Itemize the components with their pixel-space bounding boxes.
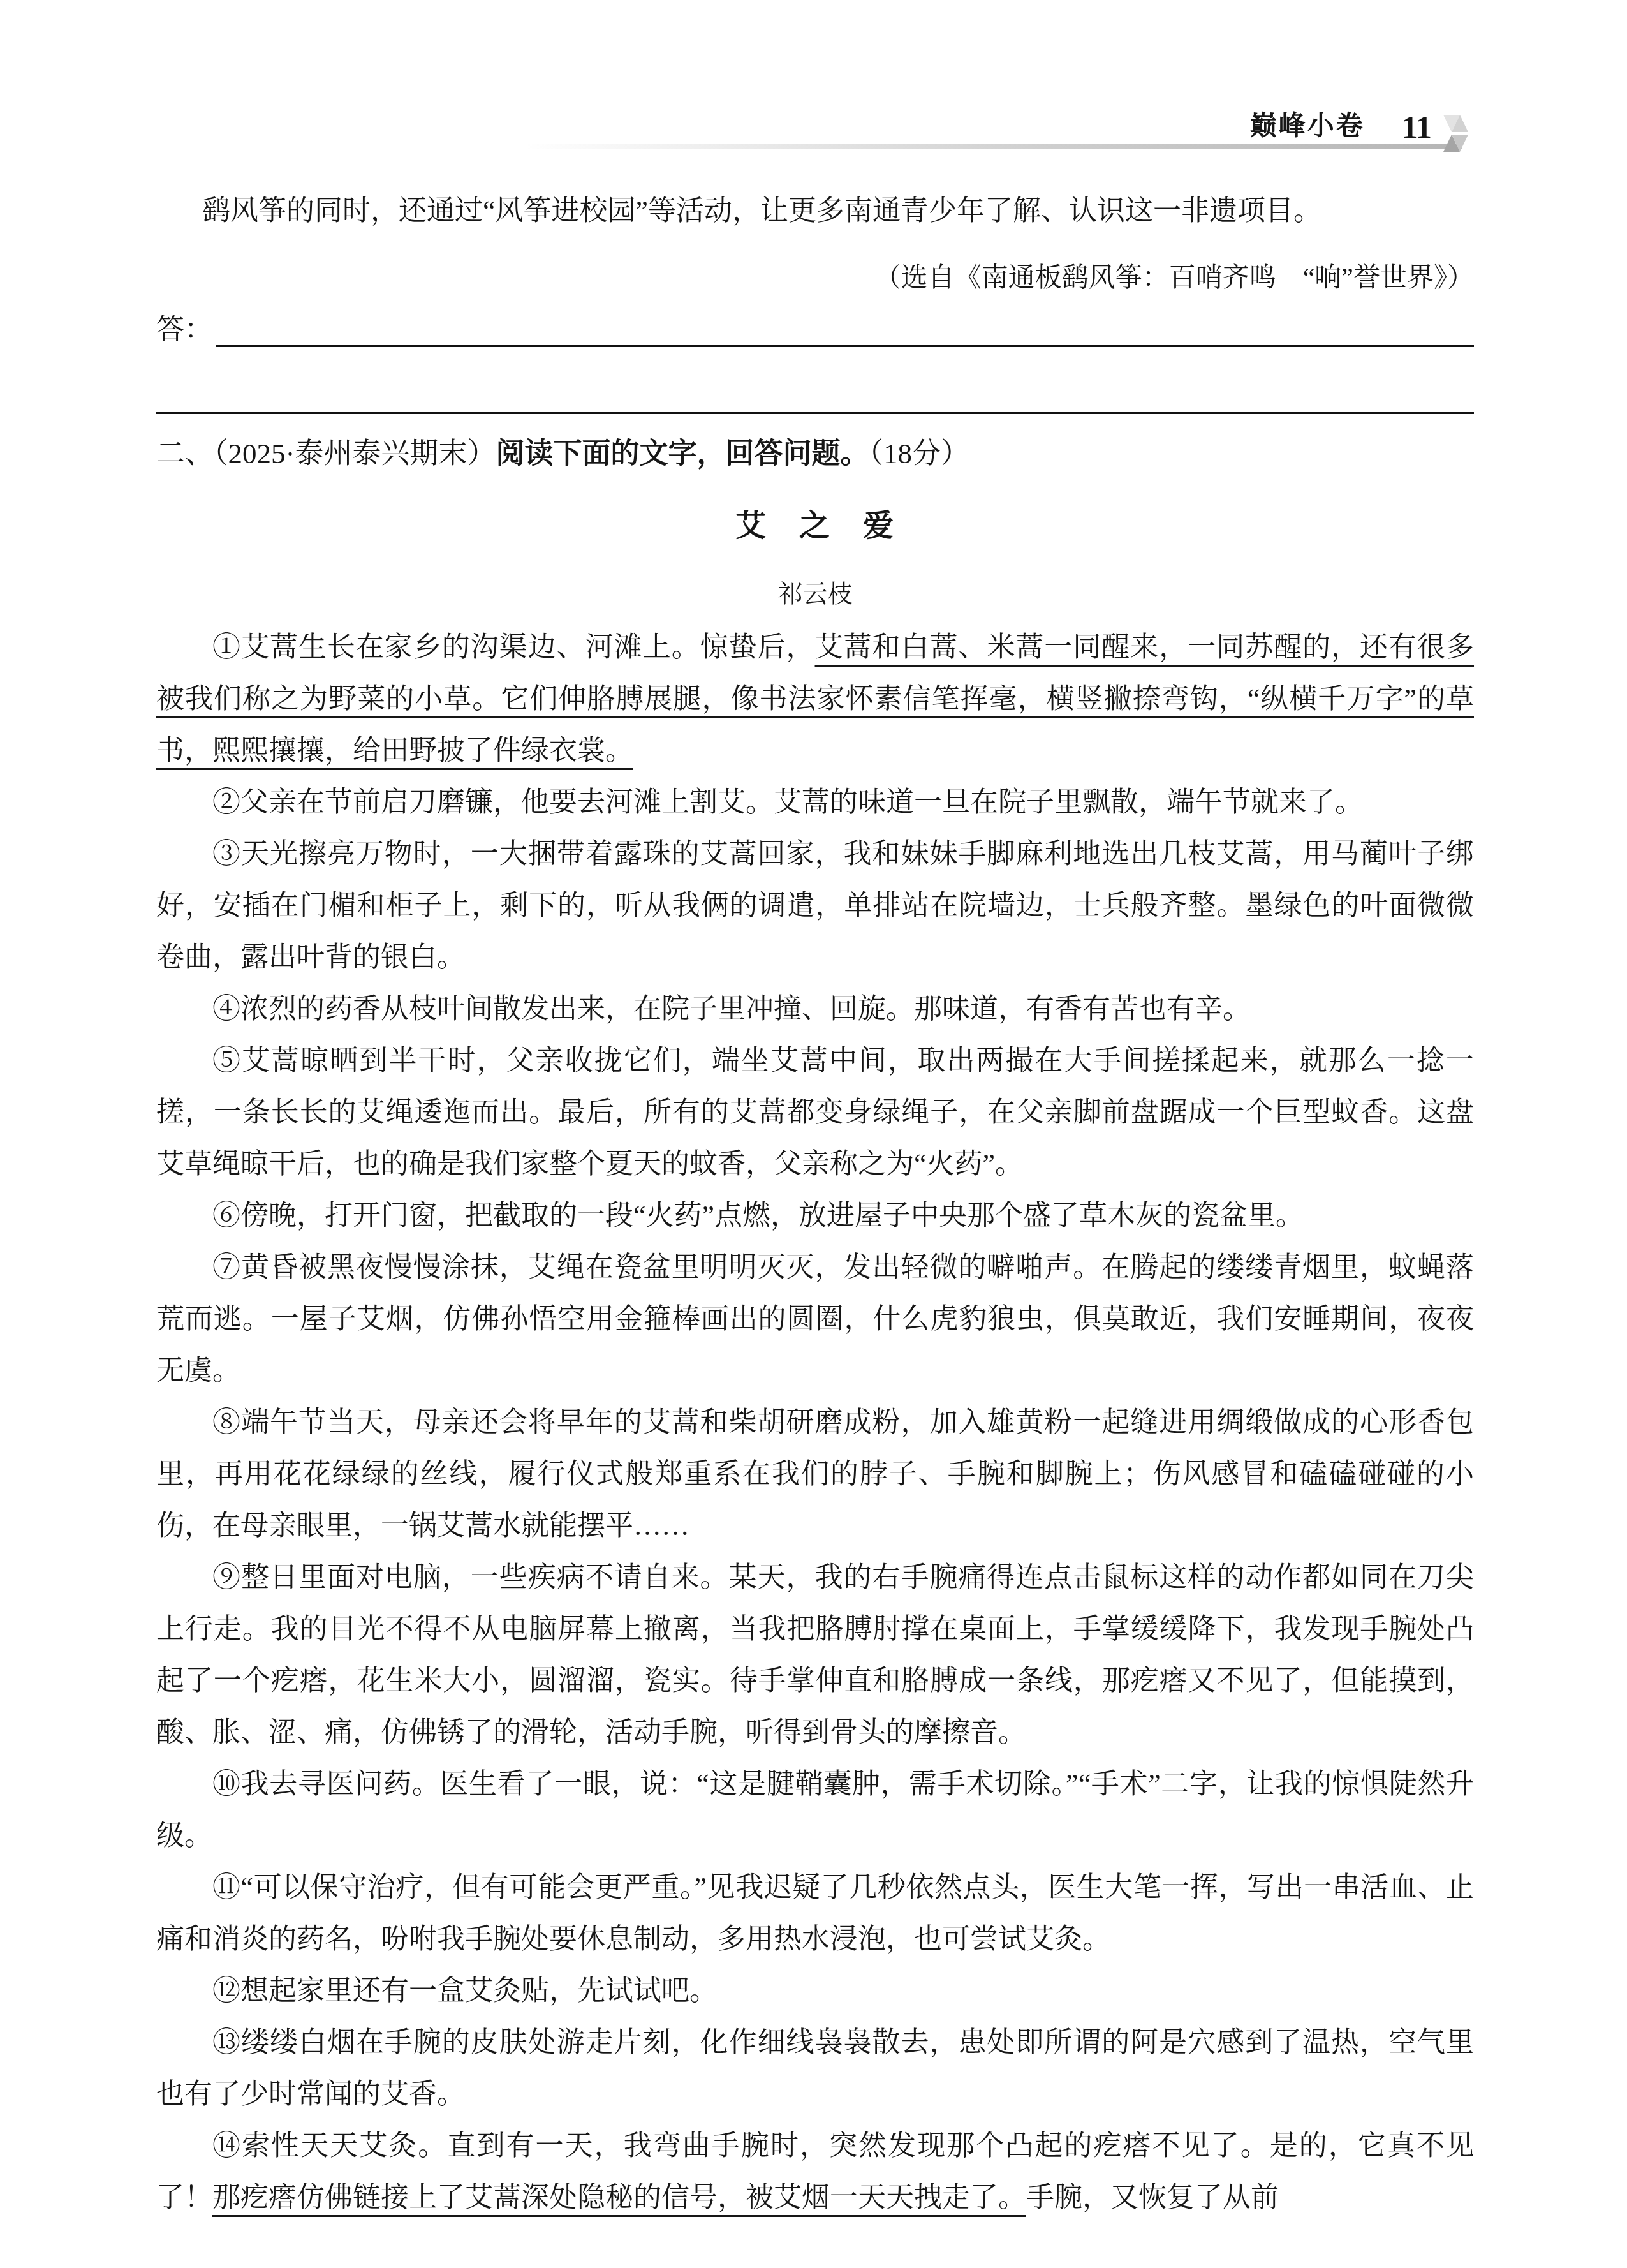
article-paragraph: ⑦黄昏被黑夜慢慢涂抹，艾绳在瓷盆里明明灭灭，发出轻微的噼啪声。在腾起的缕缕青烟里… <box>156 1241 1474 1397</box>
article-paragraph: ②父亲在节前启刀磨镰，他要去河滩上割艾。艾蒿的味道一旦在院子里飘散，端午节就来了… <box>156 776 1474 828</box>
booklet-title: 巅峰小卷 <box>1250 105 1365 143</box>
article-body: ①艾蒿生长在家乡的沟渠边、河滩上。惊蛰后，艾蒿和白蒿、米蒿一同醒来，一同苏醒的，… <box>156 621 1474 2223</box>
passage-text: ④浓烈的药香从枝叶间散发出来，在院子里冲撞、回旋。那味道，有香有苦也有辛。 <box>212 993 1251 1025</box>
section-numbering: 二、 <box>156 438 214 470</box>
passage-source: （选自《南通板鹞风筝：百哨齐鸣 “响”誉世界》） <box>156 256 1474 295</box>
page-number: 11 <box>1402 108 1432 145</box>
passage-text: ⑦黄昏被黑夜慢慢涂抹，艾绳在瓷盆里明明灭灭，发出轻微的噼啪声。在腾起的缕缕青烟里… <box>156 1252 1474 1386</box>
passage-text: ②父亲在节前启刀磨镰，他要去河滩上割艾。艾蒿的味道一旦在院子里飘散，端午节就来了… <box>212 787 1363 818</box>
answer-row: 答： <box>156 313 1474 347</box>
article-paragraph: ⑬缕缕白烟在手腕的皮肤处游走片刻，化作细线袅袅散去，患处即所谓的阿是穴感到了温热… <box>156 2017 1474 2120</box>
passage-text: ⑪“可以保守治疗，但有可能会更严重。”见我迟疑了几秒依然点头，医生大笔一挥，写出… <box>156 1872 1474 1955</box>
passage-text: ⑧端午节当天，母亲还会将早年的艾蒿和柴胡研磨成粉，加入雄黄粉一起缝进用绸缎做成的… <box>156 1407 1474 1541</box>
passage-text: ⑬缕缕白烟在手腕的皮肤处游走片刻，化作细线袅袅散去，患处即所谓的阿是穴感到了温热… <box>156 2027 1474 2110</box>
page-header: 巅峰小卷 11 <box>156 0 1474 153</box>
underlined-passage: 那疙瘩仿佛链接上了艾蒿深处隐秘的信号，被艾烟一天天拽走了。 <box>212 2182 1026 2213</box>
corner-triangles-icon <box>1439 115 1474 153</box>
passage-text: ⑤艾蒿晾晒到半干时，父亲收拢它们，端坐艾蒿中间，取出两撮在大手间搓揉起来，就那么… <box>156 1045 1474 1180</box>
passage-text: ①艾蒿生长在家乡的沟渠边、河滩上。惊蛰后， <box>212 632 815 663</box>
article-paragraph: ⑥傍晚，打开门窗，把截取的一段“火药”点燃，放进屋子中央那个盛了草木灰的瓷盆里。 <box>156 1190 1474 1241</box>
header-title-row: 巅峰小卷 11 <box>1250 105 1474 153</box>
answer-blank-line-2[interactable] <box>156 412 1474 414</box>
passage-text: ⑩我去寻医问药。医生看了一眼，说：“这是腱鞘囊肿，需手术切除。”“手术”二字，让… <box>156 1768 1474 1851</box>
answer-blank-line-1[interactable] <box>216 313 1474 347</box>
section-heading: 二、（2025·泰州泰兴期末）阅读下面的文字，回答问题。（18分） <box>156 436 1474 471</box>
passage-text: ③天光擦亮万物时，一大捆带着露珠的艾蒿回家，我和妹妹手脚麻利地选出几枝艾蒿，用马… <box>156 838 1474 973</box>
passage-text: ⑨整日里面对电脑，一些疾病不请自来。某天，我的右手腕痛得连点击鼠标这样的动作都如… <box>156 1562 1474 1748</box>
article-paragraph: ⑫想起家里还有一盒艾灸贴，先试试吧。 <box>156 1965 1474 2017</box>
article-paragraph: ①艾蒿生长在家乡的沟渠边、河滩上。惊蛰后，艾蒿和白蒿、米蒿一同醒来，一同苏醒的，… <box>156 621 1474 776</box>
exam-page: 巅峰小卷 11 鹞风筝的同时，还通过“风筝进校园”等活动，让更多南通青少年了解、… <box>0 0 1627 2268</box>
passage-text: ⑫想起家里还有一盒艾灸贴，先试试吧。 <box>212 1975 718 2006</box>
article-paragraph: ⑧端午节当天，母亲还会将早年的艾蒿和柴胡研磨成粉，加入雄黄粉一起缝进用绸缎做成的… <box>156 1397 1474 1552</box>
article-paragraph: ③天光擦亮万物时，一大捆带着露珠的艾蒿回家，我和妹妹手脚麻利地选出几枝艾蒿，用马… <box>156 828 1474 983</box>
passage-text: ⑥傍晚，打开门窗，把截取的一段“火药”点燃，放进屋子中央那个盛了草木灰的瓷盆里。 <box>212 1200 1304 1231</box>
article-author: 祁云枝 <box>156 574 1474 610</box>
article-title: 艾 之 爱 <box>156 501 1474 545</box>
section-instruction: 阅读下面的文字，回答问题。 <box>496 437 869 470</box>
section-exam-ref: （2025·泰州泰兴期末） <box>214 438 496 470</box>
passage-text: 手腕，又恢复了从前 <box>1026 2182 1279 2213</box>
article-paragraph: ⑨整日里面对电脑，一些疾病不请自来。某天，我的右手腕痛得连点击鼠标这样的动作都如… <box>156 1552 1474 1758</box>
article-paragraph: ⑭索性天天艾灸。直到有一天，我弯曲手腕时，突然发现那个凸起的疙瘩不见了。是的，它… <box>156 2120 1474 2223</box>
prev-passage-continuation: 鹞风筝的同时，还通过“风筝进校园”等活动，让更多南通青少年了解、认识这一非遗项目… <box>202 194 1428 228</box>
article-paragraph: ⑤艾蒿晾晒到半干时，父亲收拢它们，端坐艾蒿中间，取出两撮在大手间搓揉起来，就那么… <box>156 1035 1474 1190</box>
answer-label: 答： <box>156 313 212 347</box>
section-score: （18分） <box>869 438 970 470</box>
article-paragraph: ⑩我去寻医问药。医生看了一眼，说：“这是腱鞘囊肿，需手术切除。”“手术”二字，让… <box>156 1758 1474 1862</box>
article-paragraph: ⑪“可以保守治疗，但有可能会更严重。”见我迟疑了几秒依然点头，医生大笔一挥，写出… <box>156 1862 1474 1965</box>
article-paragraph: ④浓烈的药香从枝叶间散发出来，在院子里冲撞、回旋。那味道，有香有苦也有辛。 <box>156 983 1474 1035</box>
